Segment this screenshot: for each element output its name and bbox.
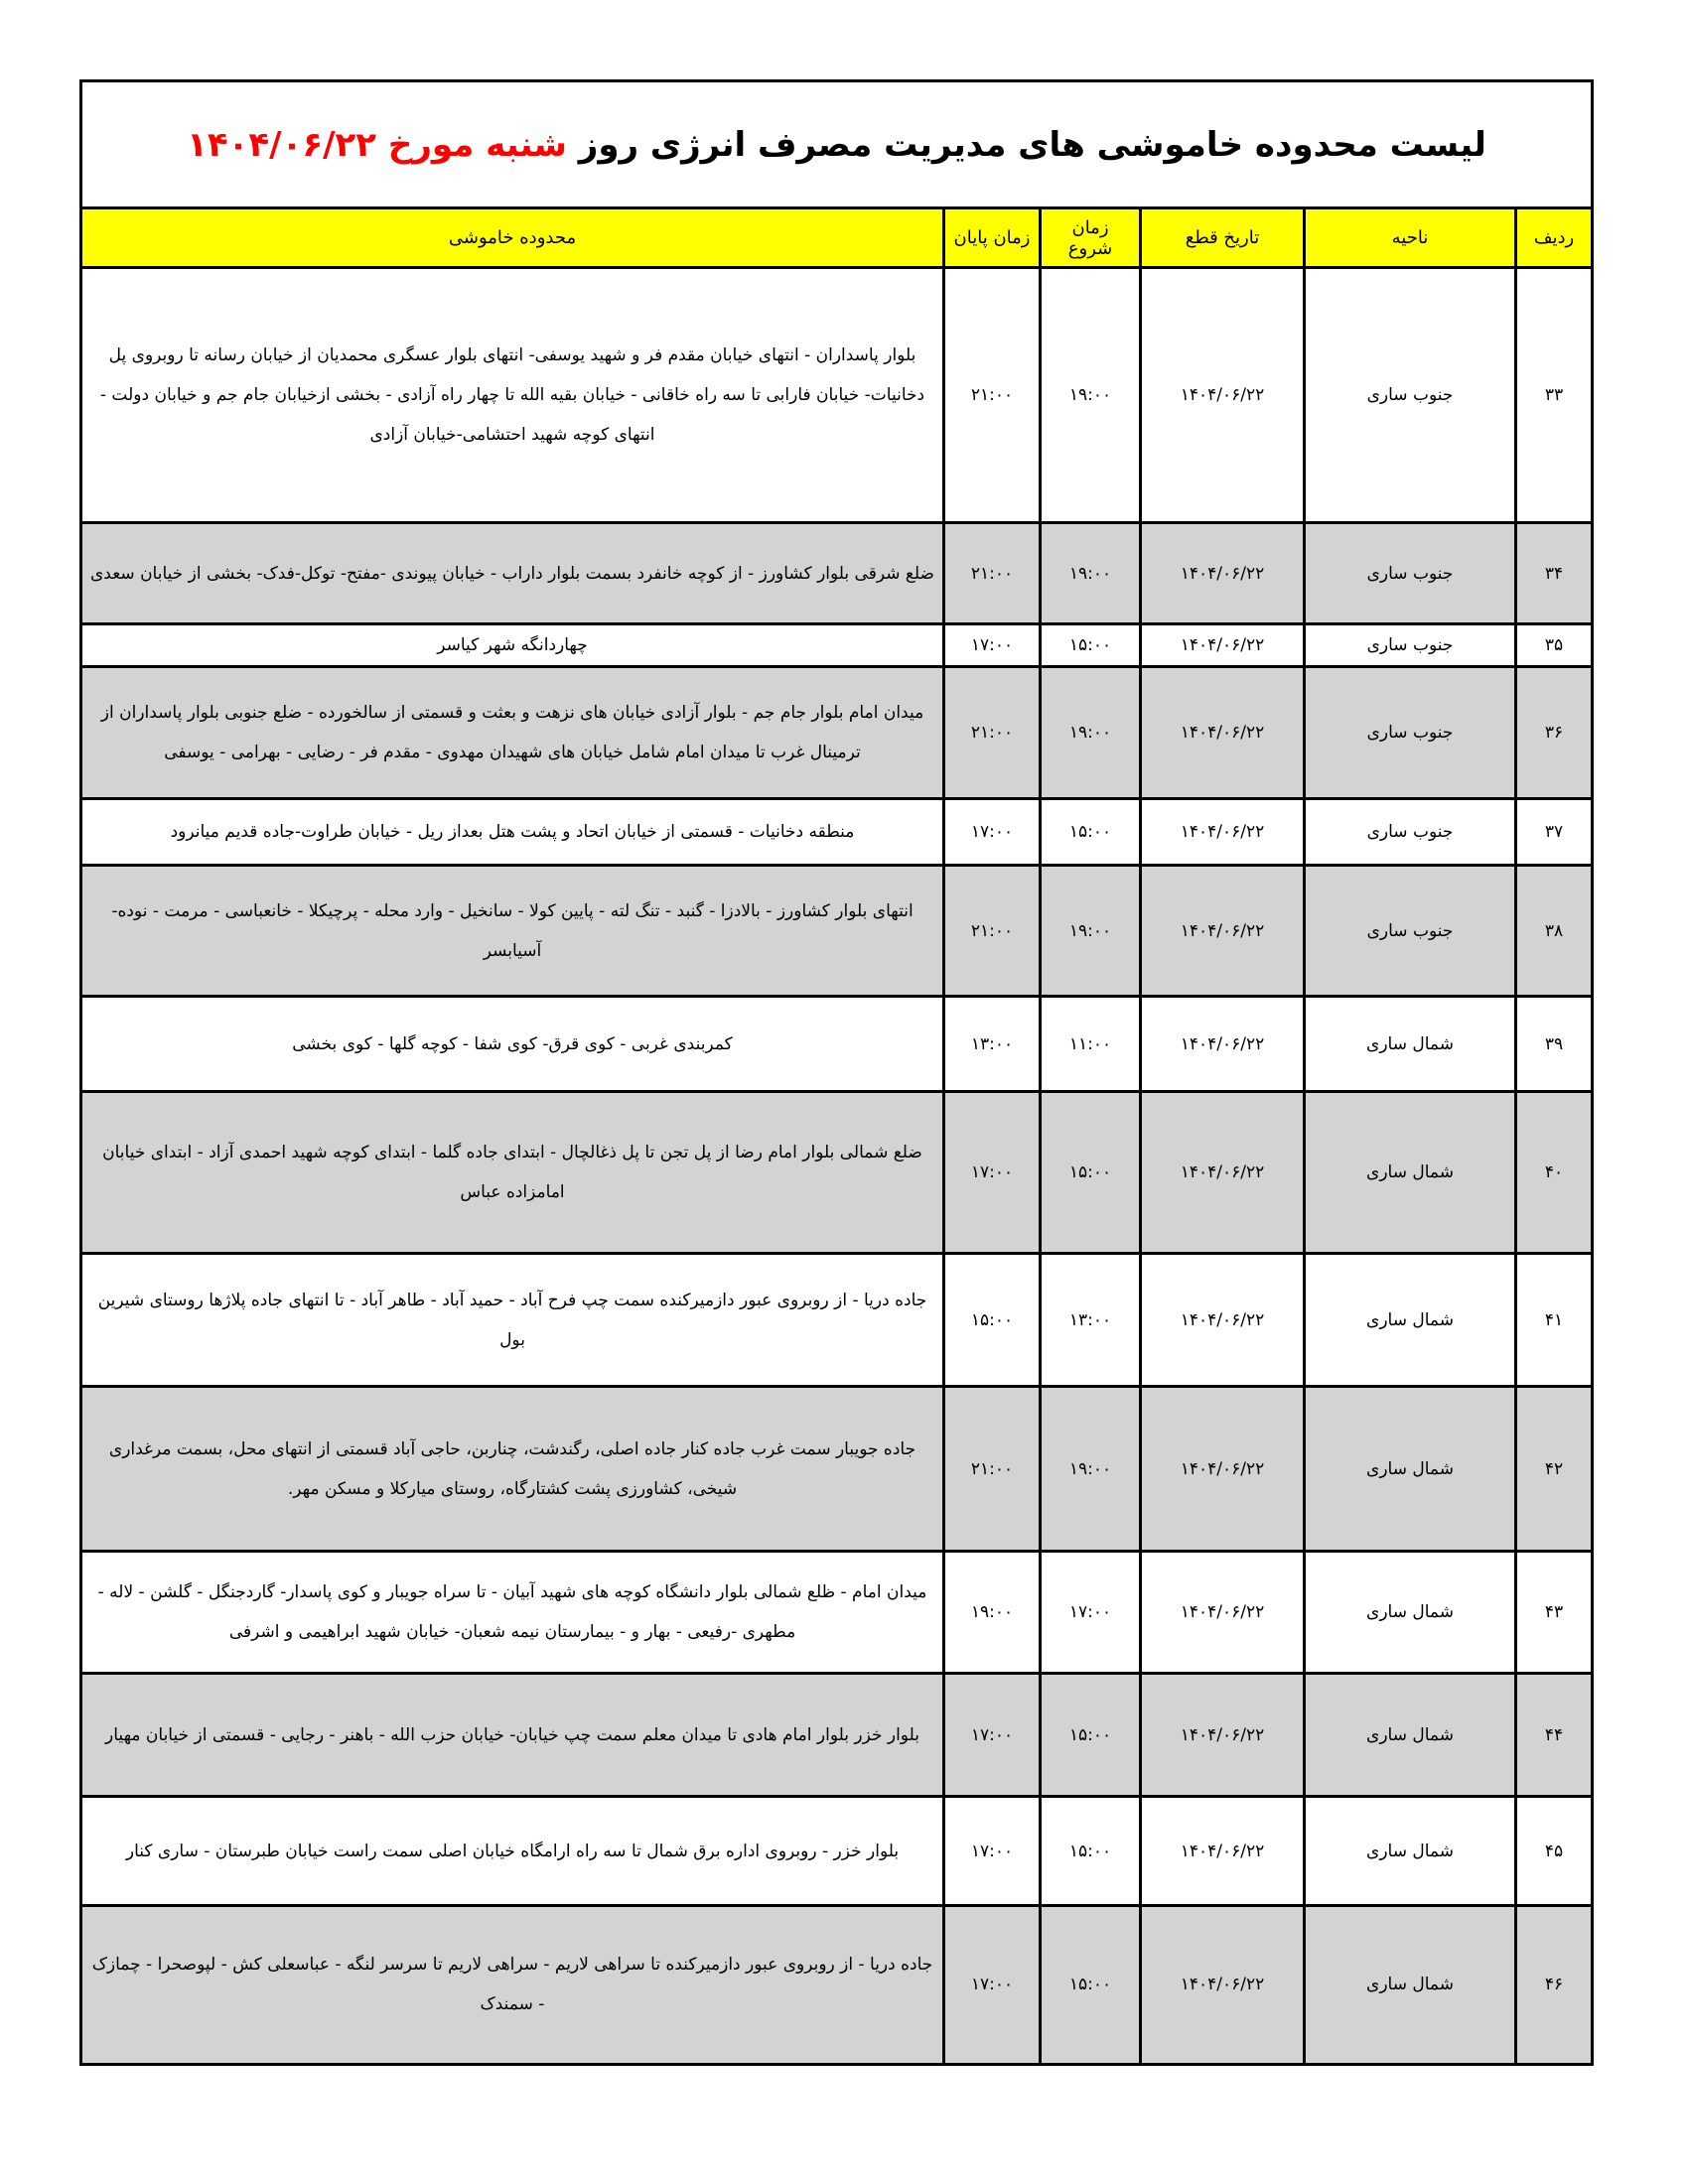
cell-outage-area: چهاردانگه شهر کیاسر [82,624,944,667]
cell-row-number: ۳۶ [1516,667,1592,799]
outage-table: ردیف ناحیه تاریخ قطع زمان شروع زمان پایا… [82,209,1591,2063]
title-date: شنبه مورخ ۱۴۰۴/۰۶/۲۲ [187,125,567,165]
cell-end-time: ۱۷:۰۰ [944,1906,1041,2063]
cell-start-time: ۱۵:۰۰ [1041,1906,1141,2063]
cell-outage-area: ضلع شرقی بلوار کشاورز - از کوچه خانفرد ب… [82,523,944,624]
table-row: ۴۳شمال ساری۱۴۰۴/۰۶/۲۲۱۷:۰۰۱۹:۰۰میدان اما… [82,1552,1591,1674]
cell-cut-date: ۱۴۰۴/۰۶/۲۲ [1141,1387,1305,1552]
cell-row-number: ۴۴ [1516,1674,1592,1797]
cell-outage-area: جاده دریا - از روبروی عبور دازمیرکنده تا… [82,1906,944,2063]
cell-cut-date: ۱۴۰۴/۰۶/۲۲ [1141,866,1305,997]
cell-cut-date: ۱۴۰۴/۰۶/۲۲ [1141,268,1305,523]
table-row: ۳۴جنوب ساری۱۴۰۴/۰۶/۲۲۱۹:۰۰۲۱:۰۰ضلع شرقی … [82,523,1591,624]
cell-end-time: ۱۳:۰۰ [944,997,1041,1092]
cell-region: شمال ساری [1305,1674,1516,1797]
cell-cut-date: ۱۴۰۴/۰۶/۲۲ [1141,799,1305,866]
table-row: ۴۱شمال ساری۱۴۰۴/۰۶/۲۲۱۳:۰۰۱۵:۰۰جاده دریا… [82,1254,1591,1387]
cell-region: شمال ساری [1305,1387,1516,1552]
cell-start-time: ۱۳:۰۰ [1041,1254,1141,1387]
page-title: لیست محدوده خاموشی های مدیریت مصرف انرژی… [187,125,1486,165]
cell-cut-date: ۱۴۰۴/۰۶/۲۲ [1141,1906,1305,2063]
cell-row-number: ۳۳ [1516,268,1592,523]
cell-start-time: ۱۵:۰۰ [1041,799,1141,866]
cell-row-number: ۴۱ [1516,1254,1592,1387]
cell-region: جنوب ساری [1305,624,1516,667]
table-row: ۴۴شمال ساری۱۴۰۴/۰۶/۲۲۱۵:۰۰۱۷:۰۰بلوار خزر… [82,1674,1591,1797]
cell-end-time: ۱۷:۰۰ [944,1674,1041,1797]
cell-region: شمال ساری [1305,1906,1516,2063]
cell-end-time: ۲۱:۰۰ [944,268,1041,523]
cell-end-time: ۱۷:۰۰ [944,1797,1041,1906]
cell-row-number: ۴۰ [1516,1092,1592,1254]
cell-start-time: ۱۹:۰۰ [1041,667,1141,799]
outage-schedule-sheet: لیست محدوده خاموشی های مدیریت مصرف انرژی… [79,79,1594,2066]
cell-region: شمال ساری [1305,1092,1516,1254]
cell-region: شمال ساری [1305,1552,1516,1674]
cell-outage-area: بلوار پاسداران - انتهای خیابان مقدم فر و… [82,268,944,523]
cell-end-time: ۲۱:۰۰ [944,1387,1041,1552]
table-row: ۳۵جنوب ساری۱۴۰۴/۰۶/۲۲۱۵:۰۰۱۷:۰۰چهاردانگه… [82,624,1591,667]
header-start-time: زمان شروع [1041,209,1141,268]
cell-cut-date: ۱۴۰۴/۰۶/۲۲ [1141,523,1305,624]
cell-row-number: ۴۳ [1516,1552,1592,1674]
header-row-number: ردیف [1516,209,1592,268]
cell-outage-area: بلوار خزر بلوار امام هادی تا میدان معلم … [82,1674,944,1797]
cell-start-time: ۱۵:۰۰ [1041,1797,1141,1906]
cell-start-time: ۱۵:۰۰ [1041,1674,1141,1797]
table-header-row: ردیف ناحیه تاریخ قطع زمان شروع زمان پایا… [82,209,1591,268]
cell-outage-area: جاده دریا - از روبروی عبور دازمیرکنده سم… [82,1254,944,1387]
cell-end-time: ۲۱:۰۰ [944,667,1041,799]
cell-region: شمال ساری [1305,1797,1516,1906]
header-region: ناحیه [1305,209,1516,268]
cell-cut-date: ۱۴۰۴/۰۶/۲۲ [1141,1092,1305,1254]
cell-region: جنوب ساری [1305,667,1516,799]
cell-start-time: ۱۹:۰۰ [1041,523,1141,624]
cell-outage-area: انتهای بلوار کشاورز - بالادزا - گنبد - ت… [82,866,944,997]
cell-region: جنوب ساری [1305,799,1516,866]
table-row: ۳۷جنوب ساری۱۴۰۴/۰۶/۲۲۱۵:۰۰۱۷:۰۰منطقه دخا… [82,799,1591,866]
table-row: ۴۶شمال ساری۱۴۰۴/۰۶/۲۲۱۵:۰۰۱۷:۰۰جاده دریا… [82,1906,1591,2063]
cell-outage-area: بلوار خزر - روبروی اداره برق شمال تا سه … [82,1797,944,1906]
cell-start-time: ۱۵:۰۰ [1041,1092,1141,1254]
cell-end-time: ۱۵:۰۰ [944,1254,1041,1387]
table-row: ۴۵شمال ساری۱۴۰۴/۰۶/۲۲۱۵:۰۰۱۷:۰۰بلوار خزر… [82,1797,1591,1906]
cell-region: شمال ساری [1305,997,1516,1092]
cell-region: شمال ساری [1305,1254,1516,1387]
cell-row-number: ۳۹ [1516,997,1592,1092]
cell-cut-date: ۱۴۰۴/۰۶/۲۲ [1141,997,1305,1092]
title-bar: لیست محدوده خاموشی های مدیریت مصرف انرژی… [82,82,1591,209]
cell-cut-date: ۱۴۰۴/۰۶/۲۲ [1141,1674,1305,1797]
table-row: ۳۶جنوب ساری۱۴۰۴/۰۶/۲۲۱۹:۰۰۲۱:۰۰میدان اما… [82,667,1591,799]
header-cut-date: تاریخ قطع [1141,209,1305,268]
title-main: لیست محدوده خاموشی های مدیریت مصرف انرژی… [567,125,1486,165]
table-row: ۴۰شمال ساری۱۴۰۴/۰۶/۲۲۱۵:۰۰۱۷:۰۰ضلع شمالی… [82,1092,1591,1254]
cell-start-time: ۱۵:۰۰ [1041,624,1141,667]
cell-row-number: ۴۶ [1516,1906,1592,2063]
cell-end-time: ۱۷:۰۰ [944,624,1041,667]
cell-outage-area: میدان امام - ظلع شمالی بلوار دانشگاه کوچ… [82,1552,944,1674]
cell-row-number: ۴۲ [1516,1387,1592,1552]
cell-end-time: ۲۱:۰۰ [944,866,1041,997]
header-outage-area: محدوده خاموشی [82,209,944,268]
cell-outage-area: جاده جویبار سمت غرب جاده کنار جاده اصلی،… [82,1387,944,1552]
cell-end-time: ۱۹:۰۰ [944,1552,1041,1674]
cell-row-number: ۳۴ [1516,523,1592,624]
cell-outage-area: میدان امام بلوار جام جم - بلوار آزادی خی… [82,667,944,799]
cell-start-time: ۱۱:۰۰ [1041,997,1141,1092]
cell-start-time: ۱۹:۰۰ [1041,866,1141,997]
cell-end-time: ۱۷:۰۰ [944,1092,1041,1254]
cell-region: جنوب ساری [1305,268,1516,523]
cell-end-time: ۱۷:۰۰ [944,799,1041,866]
cell-region: جنوب ساری [1305,523,1516,624]
cell-start-time: ۱۹:۰۰ [1041,268,1141,523]
cell-row-number: ۴۵ [1516,1797,1592,1906]
header-end-time: زمان پایان [944,209,1041,268]
table-row: ۴۲شمال ساری۱۴۰۴/۰۶/۲۲۱۹:۰۰۲۱:۰۰جاده جویب… [82,1387,1591,1552]
cell-row-number: ۳۵ [1516,624,1592,667]
cell-outage-area: منطقه دخانیات - قسمتی از خیابان اتحاد و … [82,799,944,866]
table-row: ۳۸جنوب ساری۱۴۰۴/۰۶/۲۲۱۹:۰۰۲۱:۰۰انتهای بل… [82,866,1591,997]
cell-cut-date: ۱۴۰۴/۰۶/۲۲ [1141,1797,1305,1906]
table-row: ۳۹شمال ساری۱۴۰۴/۰۶/۲۲۱۱:۰۰۱۳:۰۰کمربندی غ… [82,997,1591,1092]
cell-outage-area: ضلع شمالی بلوار امام رضا از پل تجن تا پل… [82,1092,944,1254]
cell-start-time: ۱۷:۰۰ [1041,1552,1141,1674]
cell-cut-date: ۱۴۰۴/۰۶/۲۲ [1141,624,1305,667]
cell-outage-area: کمربندی غربی - کوی قرق- کوی شفا - کوچه گ… [82,997,944,1092]
cell-row-number: ۳۸ [1516,866,1592,997]
cell-row-number: ۳۷ [1516,799,1592,866]
cell-region: جنوب ساری [1305,866,1516,997]
table-row: ۳۳جنوب ساری۱۴۰۴/۰۶/۲۲۱۹:۰۰۲۱:۰۰بلوار پاس… [82,268,1591,523]
cell-cut-date: ۱۴۰۴/۰۶/۲۲ [1141,1254,1305,1387]
cell-cut-date: ۱۴۰۴/۰۶/۲۲ [1141,1552,1305,1674]
cell-start-time: ۱۹:۰۰ [1041,1387,1141,1552]
cell-end-time: ۲۱:۰۰ [944,523,1041,624]
cell-cut-date: ۱۴۰۴/۰۶/۲۲ [1141,667,1305,799]
